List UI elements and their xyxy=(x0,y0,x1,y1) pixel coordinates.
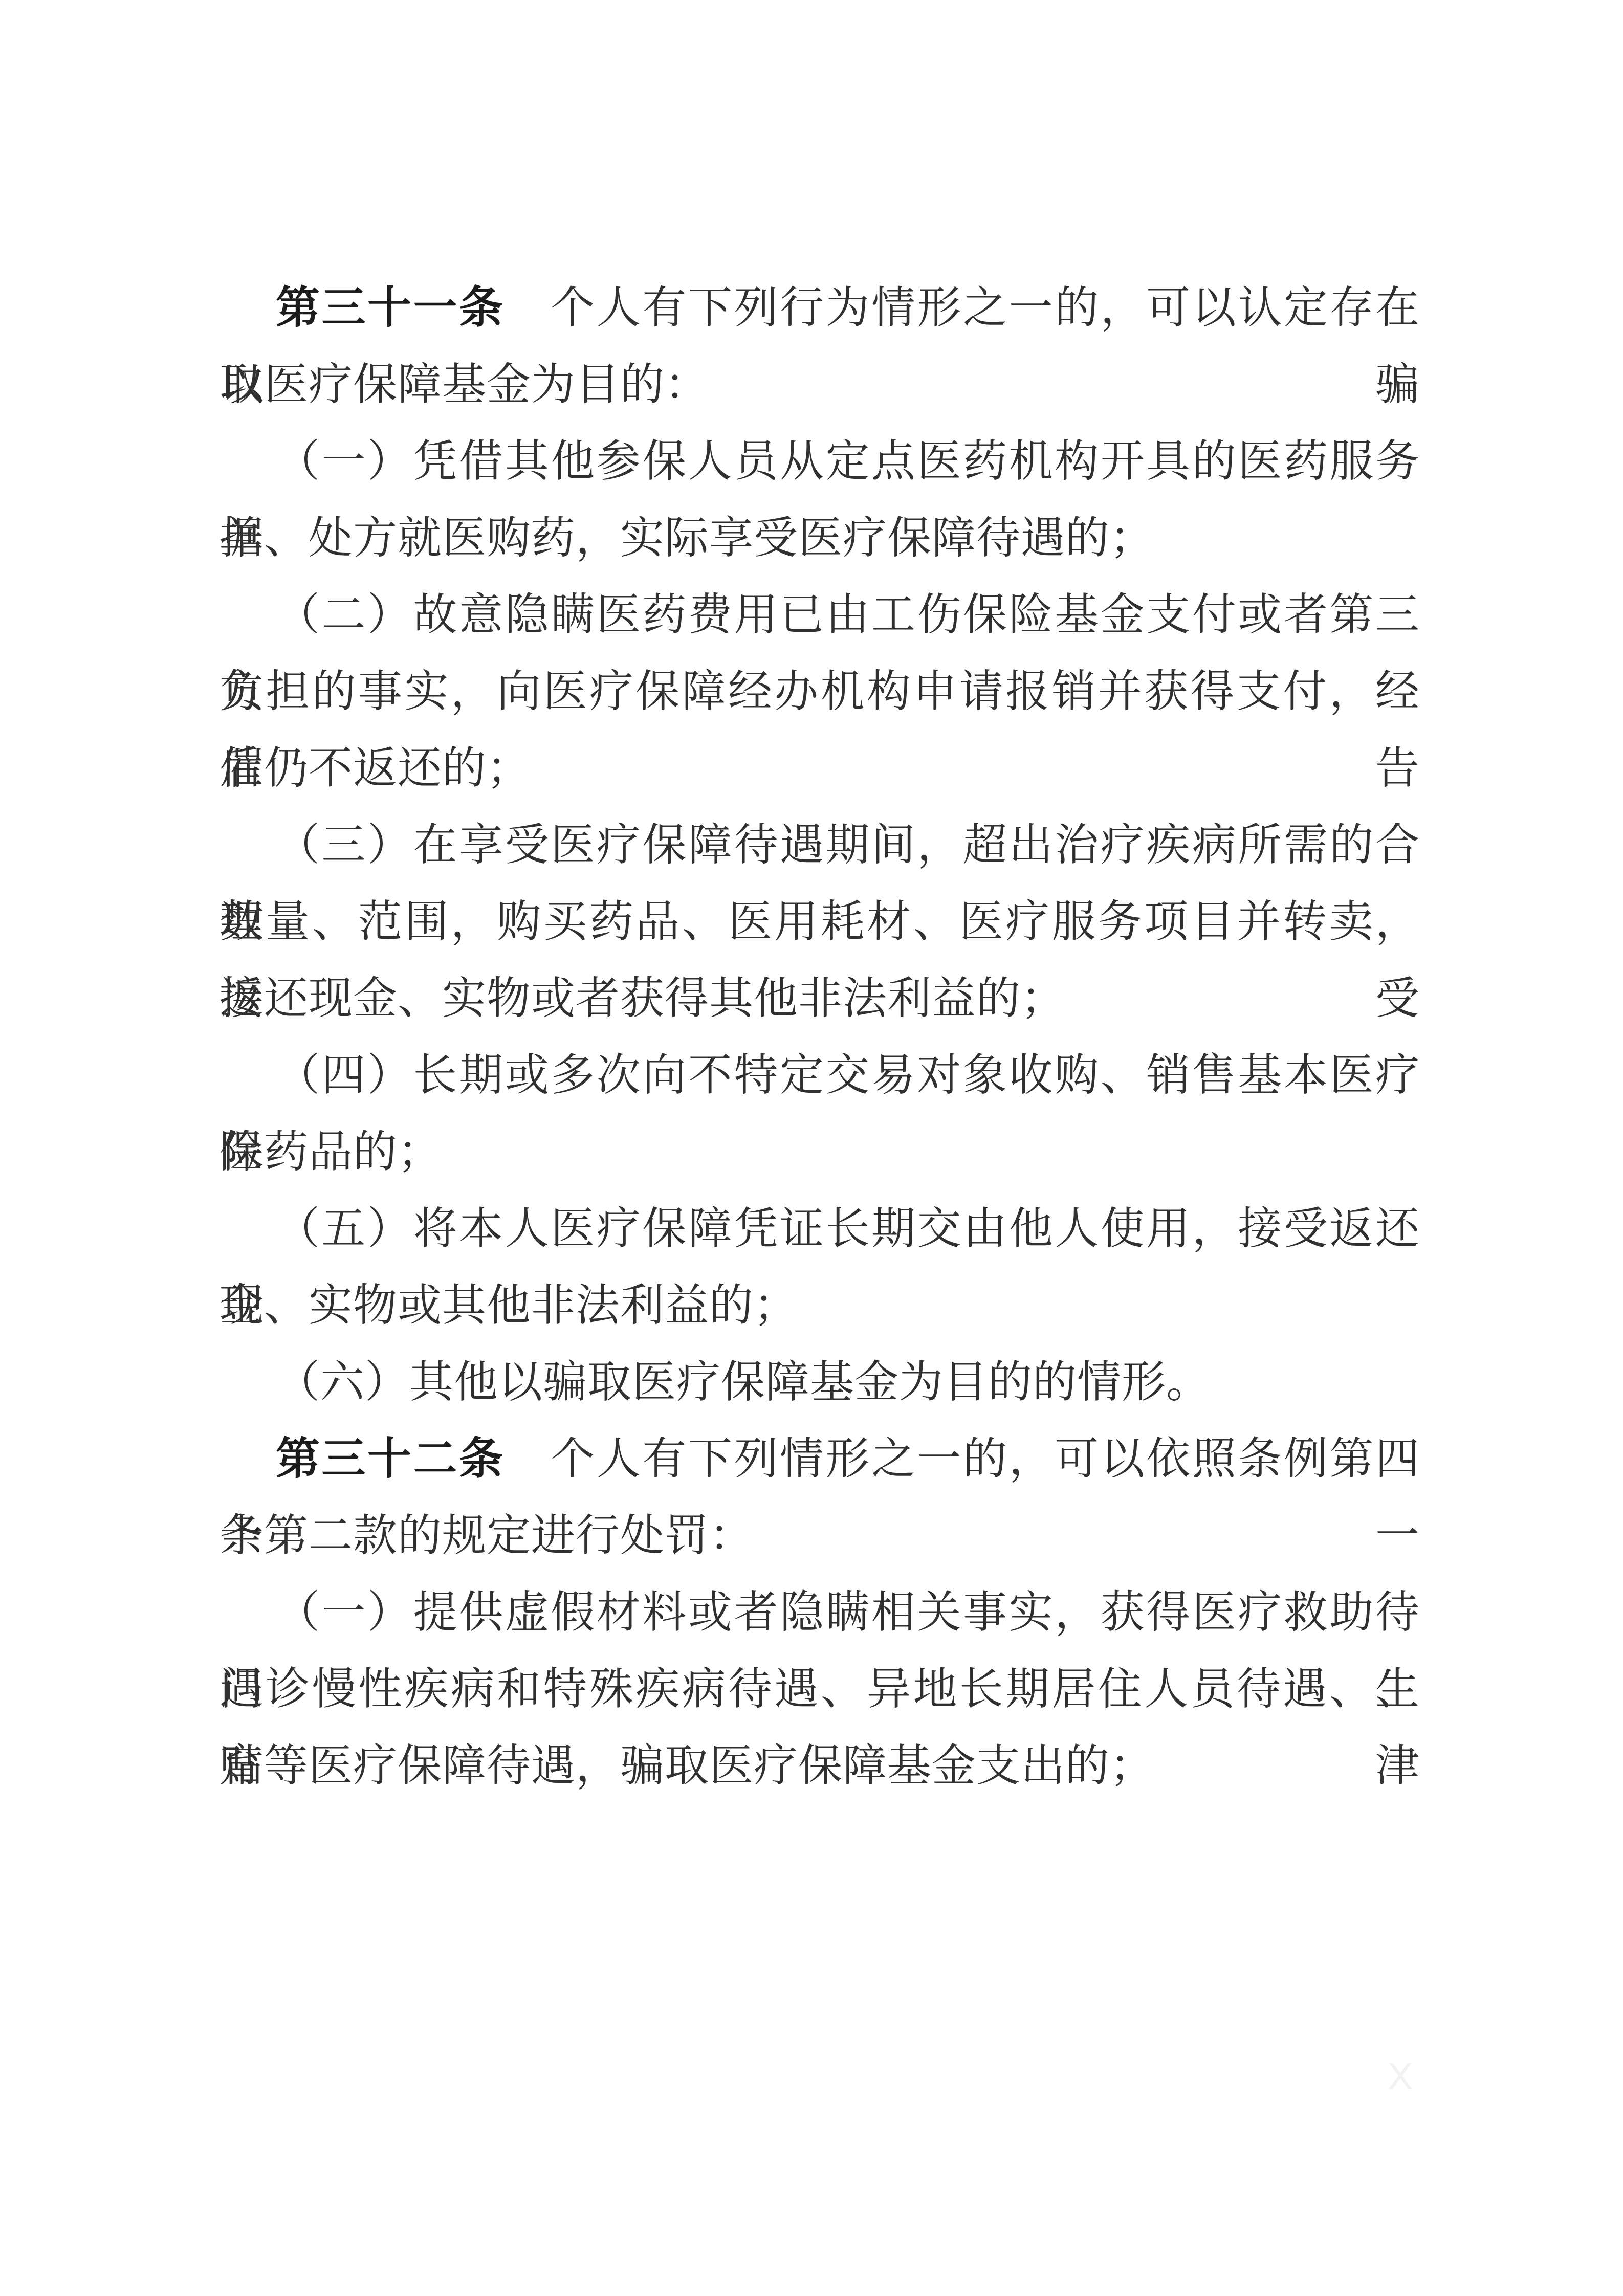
line-text: 金、实物或其他非法利益的； xyxy=(220,1281,798,1330)
paragraph-line: 门诊慢性疾病和特殊疾病待遇、异地长期居住人员待遇、生育津 xyxy=(220,1651,1420,1728)
paragraph-line: 第三十一条 个人有下列行为情形之一的，可以认定存在以骗 xyxy=(220,270,1420,346)
article-number: 第三十二条 xyxy=(276,1434,505,1484)
paragraph-line: 负担的事实，向医疗保障经办机构申请报销并获得支付，经催告 xyxy=(220,653,1420,730)
line-text: 据、处方就医购药，实际享受医疗保障待遇的； xyxy=(220,514,1154,563)
document-text: 第三十一条 个人有下列行为情形之一的，可以认定存在以骗 取医疗保障基金为目的： … xyxy=(220,270,1420,1804)
line-text: 返还现金、实物或者获得其他非法利益的； xyxy=(220,974,1065,1023)
line-text: 取医疗保障基金为目的： xyxy=(220,360,709,409)
paragraph-line: （二）故意隐瞒医药费用已由工伤保险基金支付或者第三方 xyxy=(220,577,1420,653)
paragraph-line: （六）其他以骗取医疗保障基金为目的的情形。 xyxy=(220,1344,1420,1421)
paragraph-line: 金、实物或其他非法利益的； xyxy=(220,1267,1420,1344)
paragraph-line: （一）提供虚假材料或者隐瞒相关事实，获得医疗救助待遇、 xyxy=(220,1574,1420,1651)
paragraph-line: （一）凭借其他参保人员从定点医药机构开具的医药服务单 xyxy=(220,423,1420,500)
article-number: 第三十一条 xyxy=(276,283,505,333)
document-page: 第三十一条 个人有下列行为情形之一的，可以认定存在以骗 取医疗保障基金为目的： … xyxy=(0,0,1623,2296)
paragraph-line: 险药品的； xyxy=(220,1114,1420,1190)
line-text: 条第二款的规定进行处罚： xyxy=(220,1511,754,1560)
paragraph-line: 据、处方就医购药，实际享受医疗保障待遇的； xyxy=(220,500,1420,577)
paragraph-line: （四）长期或多次向不特定交易对象收购、销售基本医疗保 xyxy=(220,1037,1420,1114)
paragraph-line: （五）将本人医疗保障凭证长期交由他人使用，接受返还现 xyxy=(220,1190,1420,1267)
line-text: 险药品的； xyxy=(220,1128,442,1177)
paragraph-line: 数量、范围，购买药品、医用耗材、医疗服务项目并转卖，接受 xyxy=(220,884,1420,960)
paragraph-line: （三）在享受医疗保障待遇期间，超出治疗疾病所需的合理 xyxy=(220,807,1420,884)
paragraph-line: 第三十二条 个人有下列情形之一的，可以依照条例第四十一 xyxy=(220,1421,1420,1497)
line-text: （六）其他以骗取医疗保障基金为目的的情形。 xyxy=(276,1358,1211,1407)
watermark-x: X xyxy=(1388,2058,1413,2095)
line-text: 贴等医疗保障待遇，骗取医疗保障基金支出的； xyxy=(220,1741,1154,1791)
line-text: 后仍不返还的； xyxy=(220,744,531,793)
